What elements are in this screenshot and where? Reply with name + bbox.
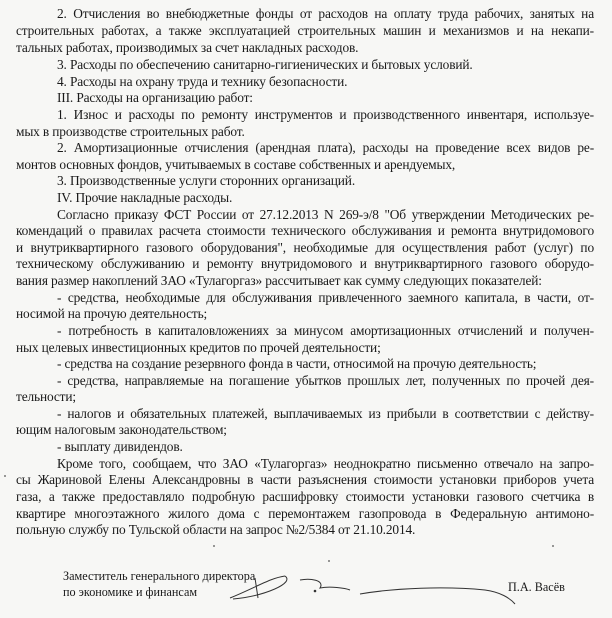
- list-item: - средства, необходимые для обслуживания…: [57, 290, 594, 306]
- text-line: газа, а также предоставляло подробную ра…: [16, 489, 594, 505]
- text-line: Кроме того, сообщаем, что ЗАО «Тулагорга…: [57, 456, 594, 472]
- list-item: - налогов и обязательных платежей, выпла…: [57, 406, 594, 422]
- section-heading: IV. Прочие накладные расходы.: [57, 190, 232, 206]
- section-heading: III. Расходы на организацию работ:: [57, 90, 253, 106]
- text-line: 4. Расходы на охрану труда и технику без…: [57, 74, 347, 90]
- text-line: 3. Производственные услуги сторонних орг…: [57, 173, 355, 189]
- list-item: ных целевых инвестиционных кредитов по п…: [16, 340, 381, 356]
- list-item: - потребность в капиталовложениях за мин…: [57, 323, 594, 339]
- text-line: и внутриквартирного газового оборудовани…: [16, 240, 594, 256]
- text-line: монтов основных фондов, учитываемых в со…: [16, 157, 455, 173]
- list-item: - средства, направляемые на погашение уб…: [57, 373, 594, 389]
- text-line: тальных работах, производимых за счет на…: [16, 40, 358, 56]
- text-line: мых в производстве строительных работ.: [16, 124, 245, 140]
- text-line: вания размер накоплений ЗАО «Тулагоргаз»…: [16, 273, 542, 289]
- text-line: квартире многоэтажного жилого дома с пер…: [16, 506, 594, 522]
- text-line: строительных работах, а также эксплуатац…: [16, 23, 594, 39]
- scan-speck: [4, 475, 6, 477]
- list-item: - средства на создание резервного фонда …: [57, 356, 536, 372]
- text-line: сы Жариновой Елены Александровны в части…: [16, 472, 594, 488]
- scan-speck: [328, 560, 330, 562]
- text-line: 2. Амортизационные отчисления (арендная …: [57, 140, 594, 156]
- list-item: тельности;: [16, 389, 76, 405]
- text-line: Согласно приказу ФСТ России от 27.12.201…: [57, 207, 594, 223]
- handwritten-signature-icon: [225, 558, 555, 608]
- scan-speck: [552, 545, 554, 547]
- text-line: комендаций о правилах расчета стоимости …: [16, 223, 594, 239]
- scan-speck: [213, 545, 215, 547]
- list-item: - выплату дивидендов.: [57, 439, 183, 455]
- signatory-position-line2: по экономике и финансам: [63, 585, 197, 600]
- document-page: 2. Отчисления во внебюджетные фонды от р…: [0, 0, 612, 618]
- text-line: 3. Расходы по обеспечению санитарно-гиги…: [57, 57, 473, 73]
- text-line: техническому обслуживанию и ремонту внут…: [16, 256, 594, 272]
- list-item: носимой на прочую деятельность;: [16, 306, 207, 322]
- list-item: ющим налоговым законодательством;: [16, 422, 227, 438]
- text-line: 2. Отчисления во внебюджетные фонды от р…: [57, 6, 594, 22]
- text-line: польную службу по Тульской области на за…: [16, 522, 415, 538]
- text-line: 1. Износ и расходы по ремонту инструмент…: [57, 107, 594, 123]
